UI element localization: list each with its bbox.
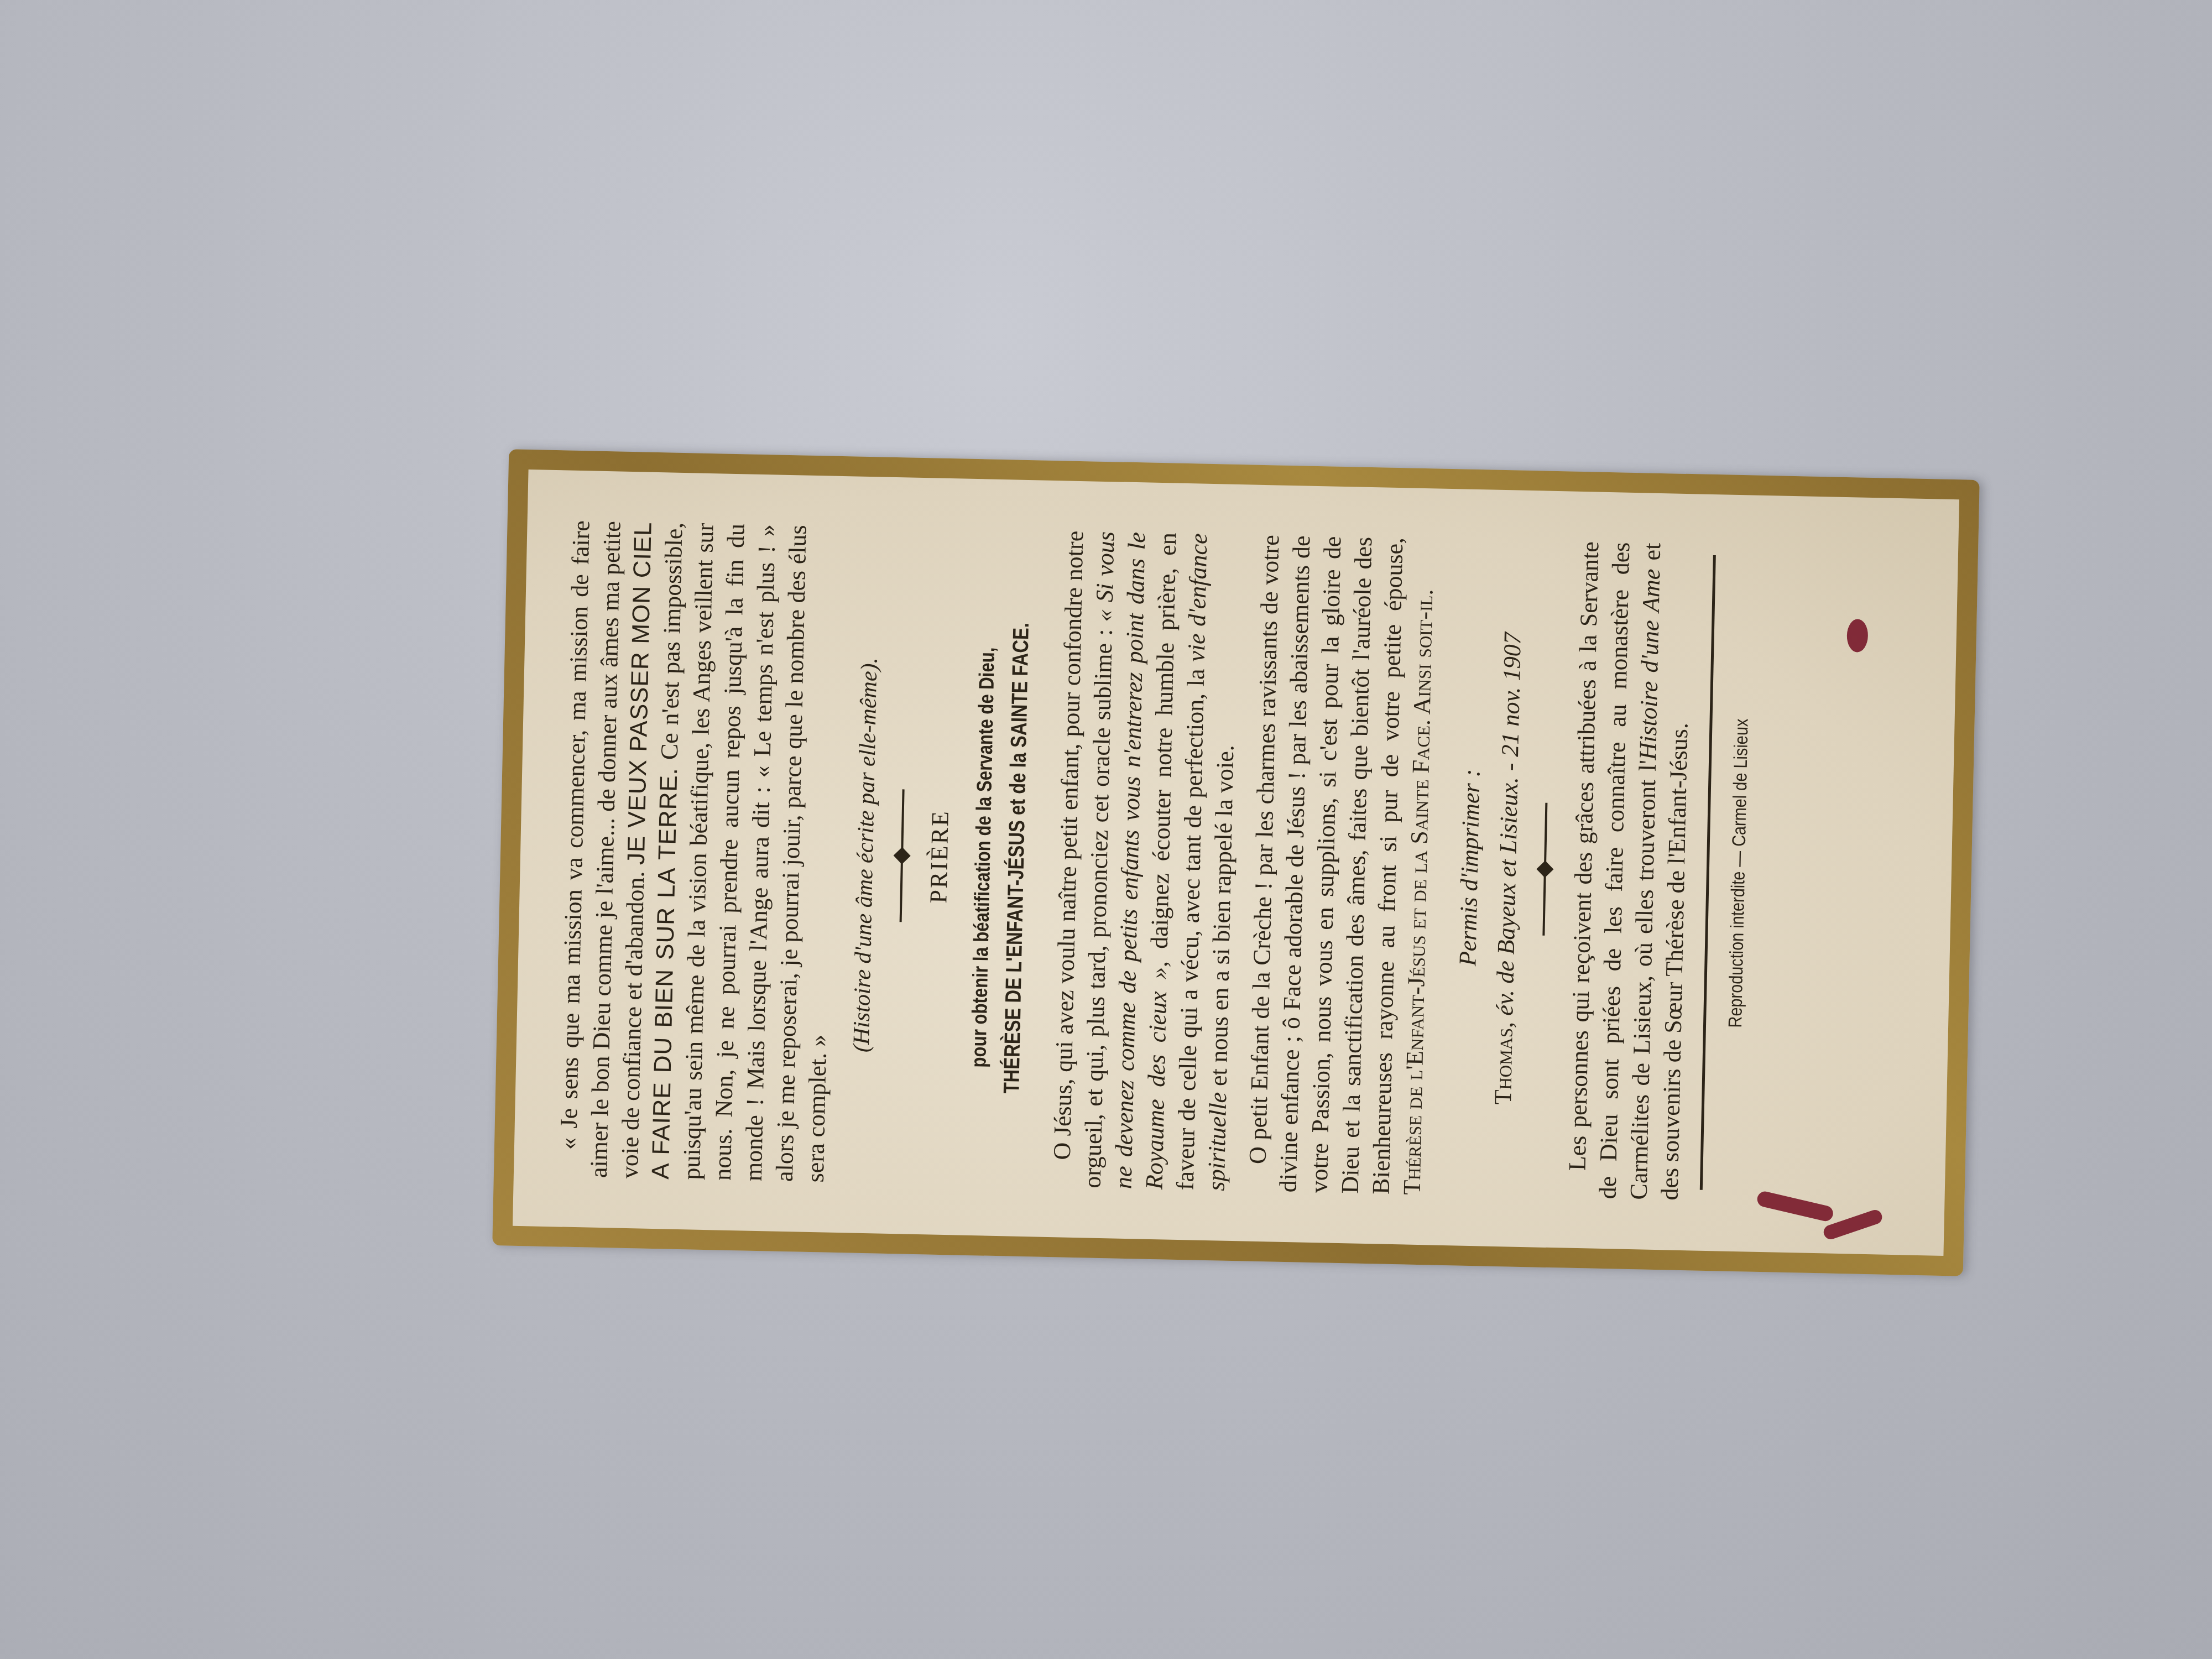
imprimatur-label: Permis d'imprimer :: [1448, 539, 1490, 1196]
quote-paragraph: « Je sens que ma mission va commencer, m…: [552, 520, 845, 1182]
ornament-divider-2: [1542, 803, 1547, 936]
prayer-paragraph-2: O petit Enfant de la Crèche ! par les ch…: [1242, 535, 1442, 1196]
prayer-p1-start: O Jésus, qui avez voulu naître petit enf…: [1048, 530, 1118, 1188]
footer-rule: [1700, 555, 1716, 1190]
red-ink-blob: [1846, 619, 1868, 653]
bishop-title-date: év. de Bayeux et Lisieux. - 21 nov. 1907: [1491, 632, 1526, 1016]
prayer-paragraph-1: O Jésus, qui avez voulu naître petit enf…: [1046, 530, 1246, 1191]
bishop-name: Thomas,: [1489, 1021, 1518, 1105]
prayer-card: « Je sens que ma mission va commencer, m…: [492, 449, 1980, 1276]
card-paper: « Je sens que ma mission va commencer, m…: [513, 469, 1959, 1256]
imprimatur-signature: Thomas, év. de Bayeux et Lisieux. - 21 n…: [1486, 540, 1528, 1197]
prayer-p1-end: et nous en a si bien rappelé la voie.: [1204, 745, 1239, 1093]
prayer-p2-end: Ainsi soit-il.: [1408, 589, 1438, 719]
red-ink-mark: [1756, 1190, 1835, 1223]
prayer-title: PRIÈRE: [919, 528, 961, 1185]
notice-paragraph: Les personnes qui reçoivent des grâces a…: [1561, 541, 1699, 1201]
prayer-p2-start: O petit Enfant de la Crèche ! par les ch…: [1244, 535, 1408, 1194]
ornament-divider: [900, 789, 905, 922]
prayer-p2-name: Thérèse de l'Enfant-Jésus et de la Saint…: [1398, 719, 1435, 1195]
quote-rest: Ce n'est pas impossible, puisqu'au sein …: [656, 522, 832, 1183]
notice-book-title: Histoire d'une Ame: [1634, 568, 1665, 760]
quote-source: (Histoire d'une âme écrite par elle-même…: [846, 526, 886, 1184]
footer-text: Reproduction interdite — Carmel de Lisie…: [1722, 594, 1755, 1152]
